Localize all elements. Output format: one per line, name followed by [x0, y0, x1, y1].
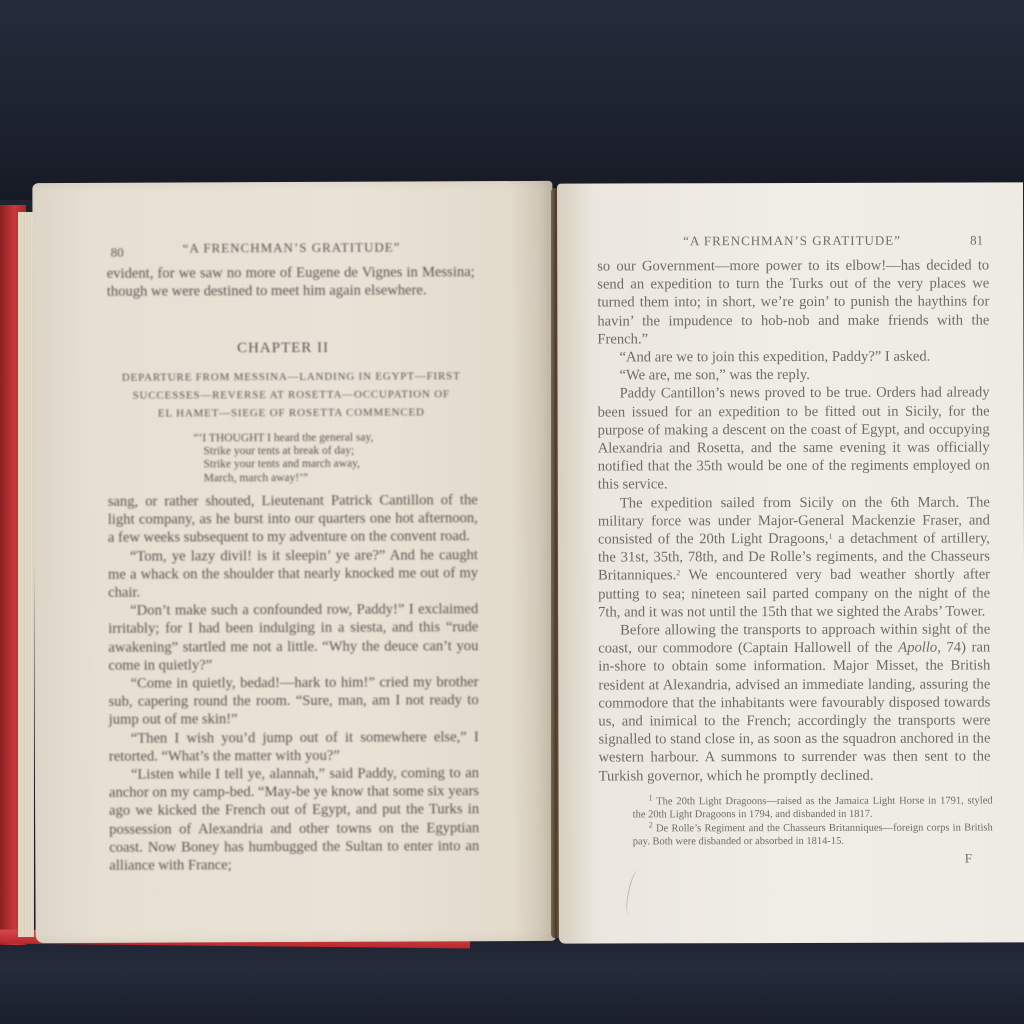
footnote: 2 De Rolle’s Regiment and the Chasseurs … — [633, 821, 993, 849]
text-run: , 74) ran in-shore to obtain some inform… — [598, 640, 990, 784]
epigraph-line: March, march away!’” — [194, 471, 434, 485]
footnote-text: The 20th Light Dragoons—raised as the Ja… — [633, 795, 993, 820]
epigraph-line: Strike your tents and march away, — [194, 458, 434, 472]
synopsis-line: DEPARTURE FROM MESSINA—LANDING IN EGYPT—… — [103, 367, 479, 387]
page-block-edges — [18, 212, 34, 937]
paragraph: “Listen while I tell ye, alannah,” said … — [109, 764, 479, 875]
epigraph-line: Strike your tents at break of day; — [193, 445, 433, 459]
footnote-mark: 1 — [649, 793, 653, 802]
paragraph: so our Government—more power to its elbo… — [597, 256, 989, 348]
footnote-mark: 2 — [649, 820, 653, 829]
paragraph: Before allowing the transports to approa… — [598, 621, 990, 786]
footnote-text: De Rolle’s Regiment and the Chasseurs Br… — [633, 822, 993, 847]
chapter-synopsis: DEPARTURE FROM MESSINA—LANDING IN EGYPT—… — [103, 367, 479, 423]
paragraph: Paddy Cantillon’s news proved to be true… — [598, 384, 990, 494]
signature-mark: F — [965, 851, 972, 867]
running-head-right: “A FRENCHMAN’S GRATITUDE” — [683, 233, 901, 250]
right-body-text: so our Government—more power to its elbo… — [597, 256, 990, 785]
paragraph: sang, or rather shouted, Lieutenant Patr… — [108, 491, 478, 547]
paragraph: “Come in quietly, bedad!—hark to him!” c… — [108, 673, 478, 729]
page-number-left: 80 — [111, 245, 124, 261]
synopsis-line: SUCCESSES—REVERSE AT ROSETTA—OCCUPATION … — [103, 385, 479, 405]
epigraph-line: “‘I THOUGHT I heard the general say, — [193, 431, 433, 445]
background-fabric-top — [0, 0, 1024, 200]
paragraph: evident, for we saw no more of Eugene de… — [107, 263, 475, 301]
footnotes: 1 The 20th Light Dragoons—raised as the … — [633, 794, 993, 849]
left-body-text: sang, or rather shouted, Lieutenant Patr… — [108, 491, 480, 875]
running-head-left: “A FRENCHMAN’S GRATITUDE” — [183, 240, 401, 257]
opening-paragraph: evident, for we saw no more of Eugene de… — [107, 263, 475, 301]
chapter-epigraph: “‘I THOUGHT I heard the general say, Str… — [193, 431, 433, 485]
page-number-right: 81 — [970, 232, 983, 248]
paragraph: “We are, me son,” was the reply. — [597, 366, 989, 385]
left-page: 80 “A FRENCHMAN’S GRATITUDE” evident, fo… — [32, 181, 555, 943]
ship-name: Apollo — [898, 640, 937, 656]
footnote: 1 The 20th Light Dragoons—raised as the … — [633, 794, 993, 822]
paragraph: “Don’t make such a confounded row, Paddy… — [108, 600, 478, 674]
chapter-title: CHAPTER II — [23, 339, 543, 358]
paragraph: “And are we to join this expedition, Pad… — [597, 347, 989, 366]
paragraph: The expedition sailed from Sicily on the… — [598, 493, 990, 621]
synopsis-line: EL HAMET—SIEGE OF ROSETTA COMMENCED — [103, 403, 479, 423]
paragraph: “Tom, ye lazy divil! is it sleepin’ ye a… — [108, 546, 478, 602]
right-page: “A FRENCHMAN’S GRATITUDE” 81 so our Gove… — [557, 182, 1024, 943]
paragraph: “Then I wish you’d jump out of it somewh… — [109, 728, 479, 766]
